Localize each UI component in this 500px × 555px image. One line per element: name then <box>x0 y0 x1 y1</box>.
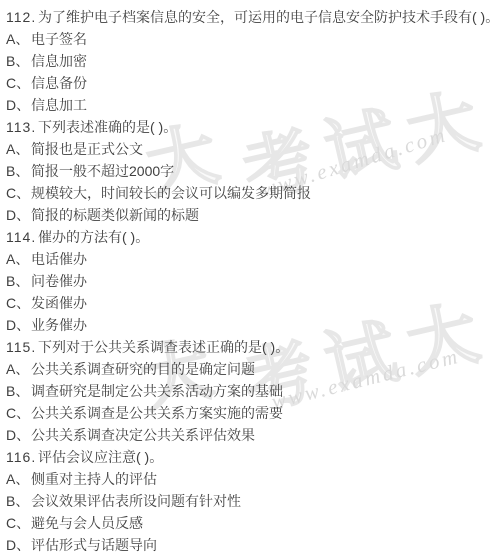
answer-option: C、规模较大，时间较长的会议可以编发多期简报 <box>6 182 496 204</box>
option-text: 电话催办 <box>31 251 87 267</box>
option-letter: B、 <box>6 160 31 182</box>
option-text: 侧重对主持人的评估 <box>31 471 157 487</box>
option-letter: C、 <box>6 512 31 534</box>
exam-question-sheet: 大 考试大 www.examda.com 大 考试大 www.examda.co… <box>0 0 500 555</box>
option-letter: D、 <box>6 424 31 446</box>
question-number: 116. <box>6 446 38 468</box>
answer-option: D、信息加工 <box>6 94 496 116</box>
option-text: 公共关系调查决定公共关系评估效果 <box>31 427 255 443</box>
option-text: 公共关系调查研究的目的是确定问题 <box>31 361 255 377</box>
answer-option: B、会议效果评估表所设问题有针对性 <box>6 490 496 512</box>
option-letter: C、 <box>6 292 31 314</box>
question-stem: 113.下列表述准确的是( )。 <box>6 116 496 138</box>
question-block: 116.评估会议应注意( )。 A、侧重对主持人的评估 B、会议效果评估表所设问… <box>6 446 496 555</box>
question-block: 112.为了维护电子档案信息的安全，可运用的电子信息安全防护技术手段有( )。 … <box>6 6 496 116</box>
option-letter: B、 <box>6 270 31 292</box>
option-letter: A、 <box>6 358 31 380</box>
questions-container: 112.为了维护电子档案信息的安全，可运用的电子信息安全防护技术手段有( )。 … <box>0 0 500 555</box>
option-text: 简报一般不超过2000字 <box>31 163 174 179</box>
answer-option: C、信息备份 <box>6 72 496 94</box>
answer-option: A、电话催办 <box>6 248 496 270</box>
question-text: 评估会议应注意( )。 <box>38 449 163 465</box>
option-letter: C、 <box>6 182 31 204</box>
option-letter: D、 <box>6 314 31 336</box>
option-letter: A、 <box>6 138 31 160</box>
question-text: 催办的方法有( )。 <box>38 229 149 245</box>
question-number: 113. <box>6 116 38 138</box>
question-stem: 114.催办的方法有( )。 <box>6 226 496 248</box>
option-text: 评估形式与话题导向 <box>31 537 157 553</box>
option-text: 简报的标题类似新闻的标题 <box>31 207 199 223</box>
option-text: 调查研究是制定公共关系活动方案的基础 <box>31 383 283 399</box>
option-letter: B、 <box>6 50 31 72</box>
question-block: 113.下列表述准确的是( )。 A、简报也是正式公文 B、简报一般不超过200… <box>6 116 496 226</box>
answer-option: D、评估形式与话题导向 <box>6 534 496 555</box>
answer-option: D、简报的标题类似新闻的标题 <box>6 204 496 226</box>
answer-option: B、简报一般不超过2000字 <box>6 160 496 182</box>
answer-option: B、问卷催办 <box>6 270 496 292</box>
answer-option: A、侧重对主持人的评估 <box>6 468 496 490</box>
answer-option: C、避免与会人员反感 <box>6 512 496 534</box>
option-text: 公共关系调查是公共关系方案实施的需要 <box>31 405 283 421</box>
answer-option: A、公共关系调查研究的目的是确定问题 <box>6 358 496 380</box>
option-text: 信息备份 <box>31 75 87 91</box>
option-text: 问卷催办 <box>31 273 87 289</box>
option-text: 信息加工 <box>31 97 87 113</box>
answer-option: A、电子签名 <box>6 28 496 50</box>
answer-option: B、调查研究是制定公共关系活动方案的基础 <box>6 380 496 402</box>
question-text: 下列对于公共关系调查表述正确的是( )。 <box>38 339 289 355</box>
question-stem: 115.下列对于公共关系调查表述正确的是( )。 <box>6 336 496 358</box>
question-stem: 116.评估会议应注意( )。 <box>6 446 496 468</box>
question-number: 112. <box>6 6 38 28</box>
answer-option: A、简报也是正式公文 <box>6 138 496 160</box>
option-letter: A、 <box>6 468 31 490</box>
option-text: 信息加密 <box>31 53 87 69</box>
answer-option: C、公共关系调查是公共关系方案实施的需要 <box>6 402 496 424</box>
question-text: 下列表述准确的是( )。 <box>38 119 177 135</box>
option-letter: A、 <box>6 248 31 270</box>
option-letter: D、 <box>6 94 31 116</box>
question-block: 115.下列对于公共关系调查表述正确的是( )。 A、公共关系调查研究的目的是确… <box>6 336 496 446</box>
option-text: 发函催办 <box>31 295 87 311</box>
option-letter: D、 <box>6 204 31 226</box>
option-text: 避免与会人员反感 <box>31 515 143 531</box>
option-text: 业务催办 <box>31 317 87 333</box>
option-text: 规模较大，时间较长的会议可以编发多期简报 <box>31 185 311 201</box>
option-letter: A、 <box>6 28 31 50</box>
question-text: 为了维护电子档案信息的安全，可运用的电子信息安全防护技术手段有( )。 <box>38 9 499 25</box>
question-stem: 112.为了维护电子档案信息的安全，可运用的电子信息安全防护技术手段有( )。 <box>6 6 496 28</box>
option-letter: B、 <box>6 490 31 512</box>
option-text: 会议效果评估表所设问题有针对性 <box>31 493 241 509</box>
answer-option: D、公共关系调查决定公共关系评估效果 <box>6 424 496 446</box>
option-text: 电子签名 <box>31 31 87 47</box>
option-letter: D、 <box>6 534 31 555</box>
answer-option: C、发函催办 <box>6 292 496 314</box>
option-letter: B、 <box>6 380 31 402</box>
option-text: 简报也是正式公文 <box>31 141 143 157</box>
question-block: 114.催办的方法有( )。 A、电话催办 B、问卷催办 C、发函催办 D、业务… <box>6 226 496 336</box>
question-number: 114. <box>6 226 38 248</box>
answer-option: B、信息加密 <box>6 50 496 72</box>
question-number: 115. <box>6 336 38 358</box>
answer-option: D、业务催办 <box>6 314 496 336</box>
option-letter: C、 <box>6 72 31 94</box>
option-letter: C、 <box>6 402 31 424</box>
